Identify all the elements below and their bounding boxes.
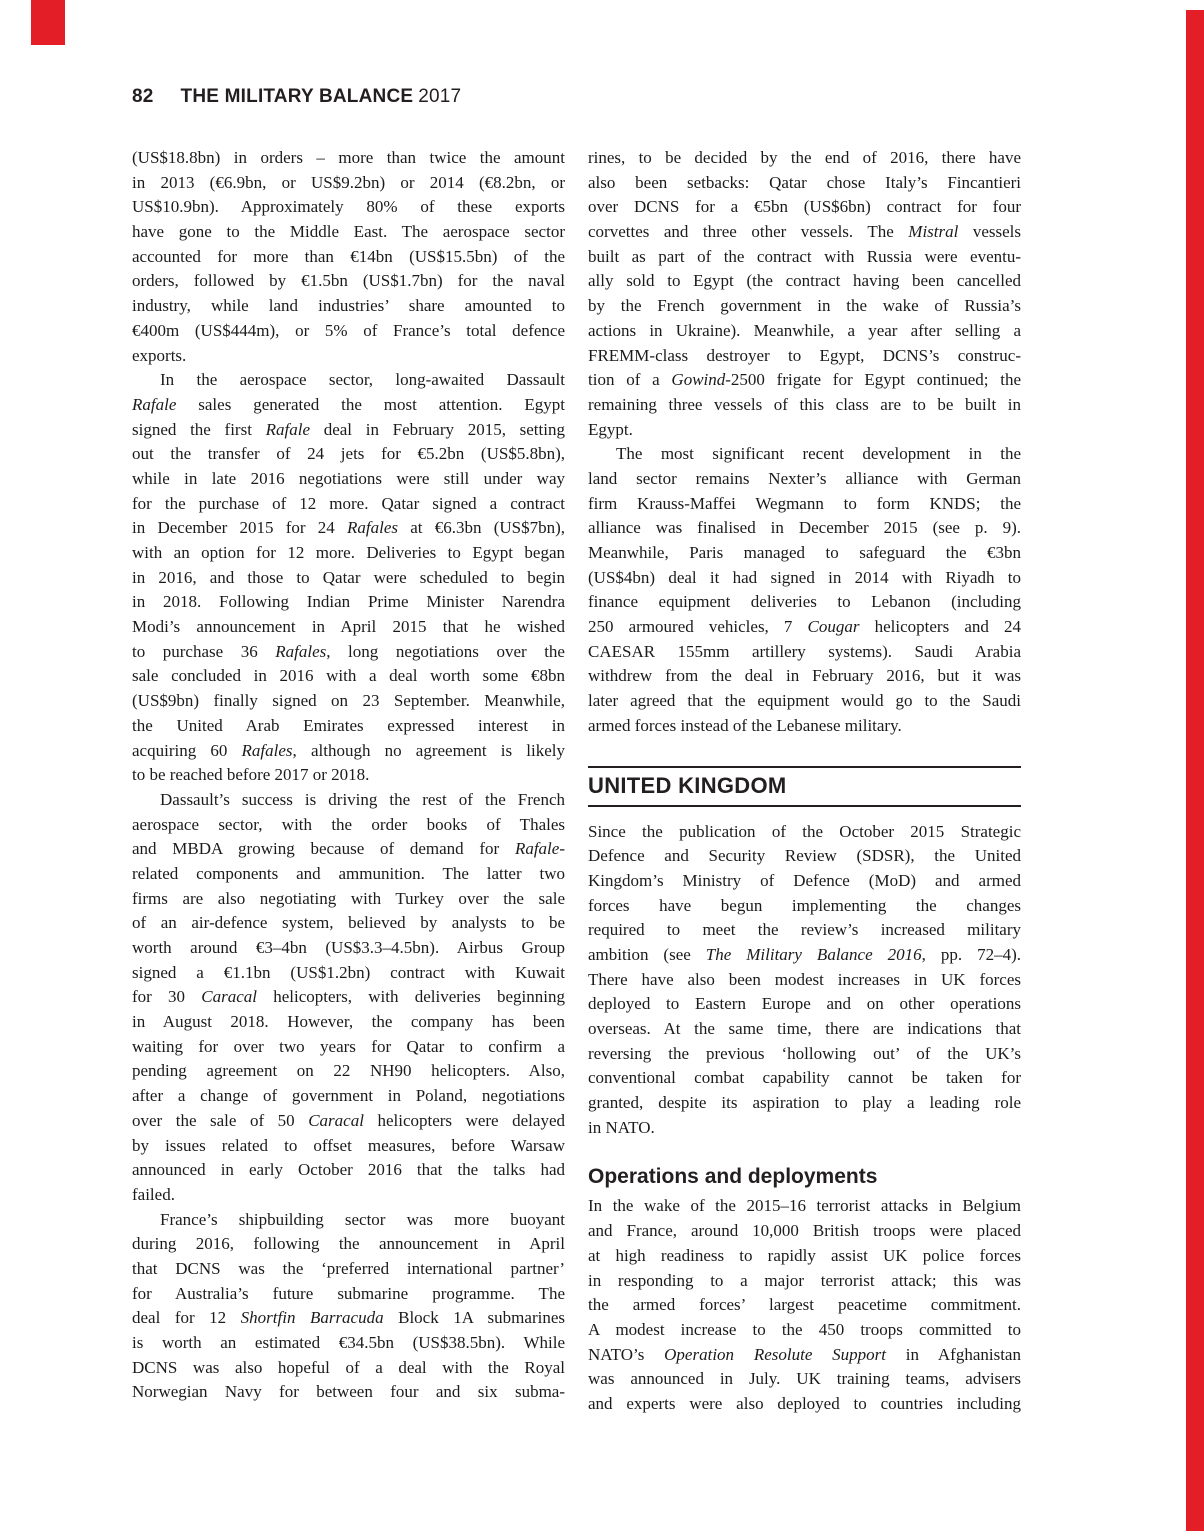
text-line: aerospace sector, with the order books o… bbox=[132, 813, 565, 838]
text-line: was announced in July. UK training teams… bbox=[588, 1367, 1021, 1392]
text-line: for Australia’s future submarine program… bbox=[132, 1282, 565, 1307]
text-line: Norwegian Navy for between four and six … bbox=[132, 1380, 565, 1405]
text-line: land sector remains Nexter’s alliance wi… bbox=[588, 467, 1021, 492]
text-line: The most significant recent development … bbox=[588, 442, 1021, 467]
text-line: Modi’s announcement in April 2015 that h… bbox=[132, 615, 565, 640]
text-line: the United Arab Emirates expressed inter… bbox=[132, 714, 565, 739]
text-line: forces have begun implementing the chang… bbox=[588, 894, 1021, 919]
text-line: over DCNS for a €5bn (US$6bn) contract f… bbox=[588, 195, 1021, 220]
right-column: rines, to be decided by the end of 2016,… bbox=[588, 146, 1021, 1417]
text-line: signed the first Rafale deal in February… bbox=[132, 418, 565, 443]
text-line: required to meet the review’s increased … bbox=[588, 918, 1021, 943]
text-line: US$10.9bn). Approximately 80% of these e… bbox=[132, 195, 565, 220]
text-line: orders, followed by €1.5bn (US$1.7bn) fo… bbox=[132, 269, 565, 294]
text-line: A modest increase to the 450 troops comm… bbox=[588, 1318, 1021, 1343]
text-line: over the sale of 50 Caracal helicopters … bbox=[132, 1109, 565, 1134]
text-line: corvettes and three other vessels. The M… bbox=[588, 220, 1021, 245]
text-line: CAESAR 155mm artillery systems). Saudi A… bbox=[588, 640, 1021, 665]
text-line: after a change of government in Poland, … bbox=[132, 1084, 565, 1109]
text-line: waiting for over two years for Qatar to … bbox=[132, 1035, 565, 1060]
section-heading-united-kingdom: UNITED KINGDOM bbox=[588, 766, 1021, 807]
text-line: in NATO. bbox=[588, 1116, 1021, 1141]
text-line: (US$9bn) finally signed on 23 September.… bbox=[132, 689, 565, 714]
text-line: NATO’s Operation Resolute Support in Afg… bbox=[588, 1343, 1021, 1368]
text-line: is worth an estimated €34.5bn (US$38.5bn… bbox=[132, 1331, 565, 1356]
text-line: built as part of the contract with Russi… bbox=[588, 245, 1021, 270]
text-line: (US$4bn) deal it had signed in 2014 with… bbox=[588, 566, 1021, 591]
text-line: In the aerospace sector, long-awaited Da… bbox=[132, 368, 565, 393]
text-line: reversing the previous ‘hollowing out’ o… bbox=[588, 1042, 1021, 1067]
text-line: France’s shipbuilding sector was more bu… bbox=[132, 1208, 565, 1233]
text-line: ally sold to Egypt (the contract having … bbox=[588, 269, 1021, 294]
text-line: worth around €3–4bn (US$3.3–4.5bn). Airb… bbox=[132, 936, 565, 961]
text-line: accounted for more than €14bn (US$15.5bn… bbox=[132, 245, 565, 270]
running-head-year: 2017 bbox=[418, 86, 461, 107]
text-line: and MBDA growing because of demand for R… bbox=[132, 837, 565, 862]
text-line: actions in Ukraine). Meanwhile, a year a… bbox=[588, 319, 1021, 344]
running-head: 82THE MILITARY BALANCE2017 bbox=[132, 86, 461, 108]
text-line: firms are also negotiating with Turkey o… bbox=[132, 887, 565, 912]
text-line: pending agreement on 22 NH90 helicopters… bbox=[132, 1059, 565, 1084]
text-line: to be reached before 2017 or 2018. bbox=[132, 763, 565, 788]
text-line: sale concluded in 2016 with a deal worth… bbox=[132, 664, 565, 689]
text-line: out the transfer of 24 jets for €5.2bn (… bbox=[132, 442, 565, 467]
chapter-color-corner-tab bbox=[31, 0, 65, 45]
text-line: In the wake of the 2015–16 terrorist att… bbox=[588, 1194, 1021, 1219]
text-line: have gone to the Middle East. The aerosp… bbox=[132, 220, 565, 245]
page: 82THE MILITARY BALANCE2017 (US$18.8bn) i… bbox=[0, 0, 1204, 1540]
text-line: Rafale sales generated the most attentio… bbox=[132, 393, 565, 418]
text-line: announced in early October 2016 that the… bbox=[132, 1158, 565, 1183]
text-line: in 2013 (€6.9bn, or US$9.2bn) or 2014 (€… bbox=[132, 171, 565, 196]
text-line: failed. bbox=[132, 1183, 565, 1208]
text-line: with an option for 12 more. Deliveries t… bbox=[132, 541, 565, 566]
text-line: ambition (see The Military Balance 2016,… bbox=[588, 943, 1021, 968]
text-line: in December 2015 for 24 Rafales at €6.3b… bbox=[132, 516, 565, 541]
text-line: finance equipment deliveries to Lebanon … bbox=[588, 590, 1021, 615]
text-line: the armed forces’ largest peacetime comm… bbox=[588, 1293, 1021, 1318]
text-line: to purchase 36 Rafales, long negotiation… bbox=[132, 640, 565, 665]
text-line: €400m (US$444m), or 5% of France’s total… bbox=[132, 319, 565, 344]
text-line: also been setbacks: Qatar chose Italy’s … bbox=[588, 171, 1021, 196]
text-line: signed a €1.1bn (US$1.2bn) contract with… bbox=[132, 961, 565, 986]
text-line: Defence and Security Review (SDSR), the … bbox=[588, 844, 1021, 869]
text-line: Meanwhile, Paris managed to safeguard th… bbox=[588, 541, 1021, 566]
text-line: by issues related to offset measures, be… bbox=[132, 1134, 565, 1159]
text-line: withdrew from the deal in February 2016,… bbox=[588, 664, 1021, 689]
text-line: There have also been modest increases in… bbox=[588, 968, 1021, 993]
chapter-color-edge-bar bbox=[1186, 10, 1204, 1531]
text-line: Egypt. bbox=[588, 418, 1021, 443]
text-line: in responding to a major terrorist attac… bbox=[588, 1269, 1021, 1294]
text-line: industry, while land industries’ share a… bbox=[132, 294, 565, 319]
text-line: that DCNS was the ‘preferred internation… bbox=[132, 1257, 565, 1282]
text-line: for the purchase of 12 more. Qatar signe… bbox=[132, 492, 565, 517]
text-line: deal for 12 Shortfin Barracuda Block 1A … bbox=[132, 1306, 565, 1331]
text-line: 250 armoured vehicles, 7 Cougar helicopt… bbox=[588, 615, 1021, 640]
text-line: Kingdom’s Ministry of Defence (MoD) and … bbox=[588, 869, 1021, 894]
text-line: alliance was finalised in December 2015 … bbox=[588, 516, 1021, 541]
text-line: Dassault’s success is driving the rest o… bbox=[132, 788, 565, 813]
text-line: in August 2018. However, the company has… bbox=[132, 1010, 565, 1035]
sub-heading-operations-and-deployments: Operations and deployments bbox=[588, 1163, 1021, 1190]
text-line: while in late 2016 negotiations were sti… bbox=[132, 467, 565, 492]
text-line: and France, around 10,000 British troops… bbox=[588, 1219, 1021, 1244]
text-line: DCNS was also hopeful of a deal with the… bbox=[132, 1356, 565, 1381]
page-number: 82 bbox=[132, 86, 154, 107]
text-line: and experts were also deployed to countr… bbox=[588, 1392, 1021, 1417]
text-line: FREMM-class destroyer to Egypt, DCNS’s c… bbox=[588, 344, 1021, 369]
text-line: tion of a Gowind-2500 frigate for Egypt … bbox=[588, 368, 1021, 393]
left-column: (US$18.8bn) in orders – more than twice … bbox=[132, 146, 565, 1405]
text-line: in 2016, and those to Qatar were schedul… bbox=[132, 566, 565, 591]
text-line: rines, to be decided by the end of 2016,… bbox=[588, 146, 1021, 171]
text-line: in 2018. Following Indian Prime Minister… bbox=[132, 590, 565, 615]
text-line: conventional combat capability cannot be… bbox=[588, 1066, 1021, 1091]
text-line: (US$18.8bn) in orders – more than twice … bbox=[132, 146, 565, 171]
text-line: overseas. At the same time, there are in… bbox=[588, 1017, 1021, 1042]
text-line: exports. bbox=[132, 344, 565, 369]
text-line: during 2016, following the announcement … bbox=[132, 1232, 565, 1257]
text-line: for 30 Caracal helicopters, with deliver… bbox=[132, 985, 565, 1010]
text-line: remaining three vessels of this class ar… bbox=[588, 393, 1021, 418]
text-line: related components and ammunition. The l… bbox=[132, 862, 565, 887]
text-line: acquiring 60 Rafales, although no agreem… bbox=[132, 739, 565, 764]
text-line: by the French government in the wake of … bbox=[588, 294, 1021, 319]
text-line: armed forces instead of the Lebanese mil… bbox=[588, 714, 1021, 739]
text-line: granted, despite its aspiration to play … bbox=[588, 1091, 1021, 1116]
text-line: at high readiness to rapidly assist UK p… bbox=[588, 1244, 1021, 1269]
text-line: Since the publication of the October 201… bbox=[588, 820, 1021, 845]
text-line: deployed to Eastern Europe and on other … bbox=[588, 992, 1021, 1017]
text-line: of an air-defence system, believed by an… bbox=[132, 911, 565, 936]
text-line: firm Krauss-Maffei Wegmann to form KNDS;… bbox=[588, 492, 1021, 517]
text-line: later agreed that the equipment would go… bbox=[588, 689, 1021, 714]
running-head-title: THE MILITARY BALANCE bbox=[181, 86, 414, 107]
